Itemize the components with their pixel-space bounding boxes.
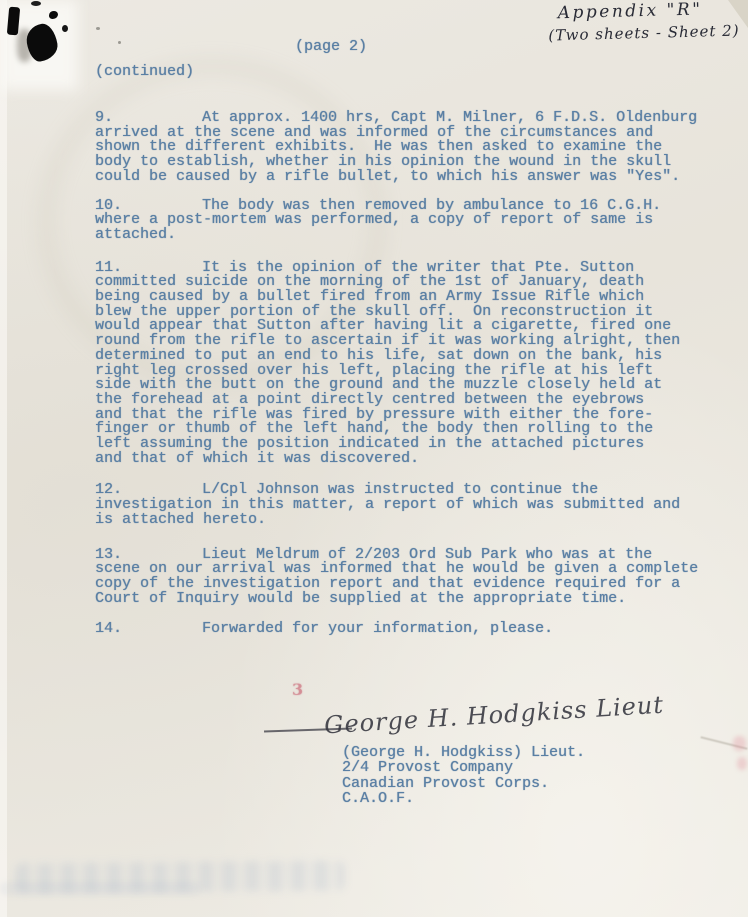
paragraph-number: 12. [95, 483, 122, 498]
sheets-label: (Two sheets - Sheet 2) [548, 21, 740, 44]
paragraph-line: Court of Inquiry would be supplied at th… [95, 592, 735, 607]
paragraph-number: 10. [95, 199, 122, 214]
paragraph-line: and that of which it was discovered. [95, 452, 735, 467]
paragraph-number: 13. [95, 548, 122, 563]
paragraph-14: 14. Forwarded for your information, plea… [95, 622, 735, 637]
handwritten-signature: George H. Hodgkiss Lieut [323, 691, 664, 740]
document-page: Appendix "R" (Two sheets - Sheet 2) (pag… [0, 0, 748, 917]
paper-speck [118, 41, 121, 44]
red-stamp-digit: 3 [292, 680, 303, 699]
signer-corps: Canadian Provost Corps. [342, 776, 585, 791]
signer-unit: 2/4 Provost Company [342, 760, 585, 775]
appendix-label: Appendix "R" [547, 0, 739, 24]
paragraph-9: 9. At approx. 1400 hrs, Capt M. Milner, … [95, 111, 735, 185]
paragraph-12: 12. L/Cpl Johnson was instructed to cont… [95, 483, 735, 527]
report-body: 9. At approx. 1400 hrs, Capt M. Milner, … [95, 111, 735, 637]
red-ink-smudge [737, 757, 747, 770]
paragraph-line: where a post-mortem was performed, a cop… [95, 213, 735, 228]
paragraph-number: 9. [95, 111, 113, 126]
paper-speck [96, 27, 100, 30]
paragraph-13: 13. Lieut Meldrum of 2/203 Ord Sub Park … [95, 548, 735, 607]
red-ink-smudge [733, 736, 746, 751]
signature-typed-block: (George H. Hodgkiss) Lieut. 2/4 Provost … [342, 745, 585, 807]
ink-bleedthrough-smudge [0, 882, 200, 895]
paragraph-11: 11. It is the opinion of the writer that… [95, 261, 735, 467]
paragraph-number: 14. [95, 622, 122, 637]
page-number-label: (page 2) [295, 38, 367, 55]
ink-blot [31, 1, 41, 6]
continued-label: (continued) [95, 63, 194, 80]
ink-blot [62, 25, 68, 32]
paragraph-line: Forwarded for your information, please. [95, 622, 735, 637]
paragraph-line: attached. [95, 228, 735, 243]
paragraph-number: 11. [95, 261, 122, 276]
paragraph-10: 10. The body was then removed by ambulan… [95, 199, 735, 243]
signer-force: C.A.O.F. [342, 791, 585, 806]
paper-edge [0, 0, 7, 917]
paragraph-line: could be caused by a rifle bullet, to wh… [95, 170, 735, 185]
handwritten-annotation: Appendix "R" (Two sheets - Sheet 2) [547, 0, 739, 44]
paragraph-line: is attached hereto. [95, 513, 735, 528]
